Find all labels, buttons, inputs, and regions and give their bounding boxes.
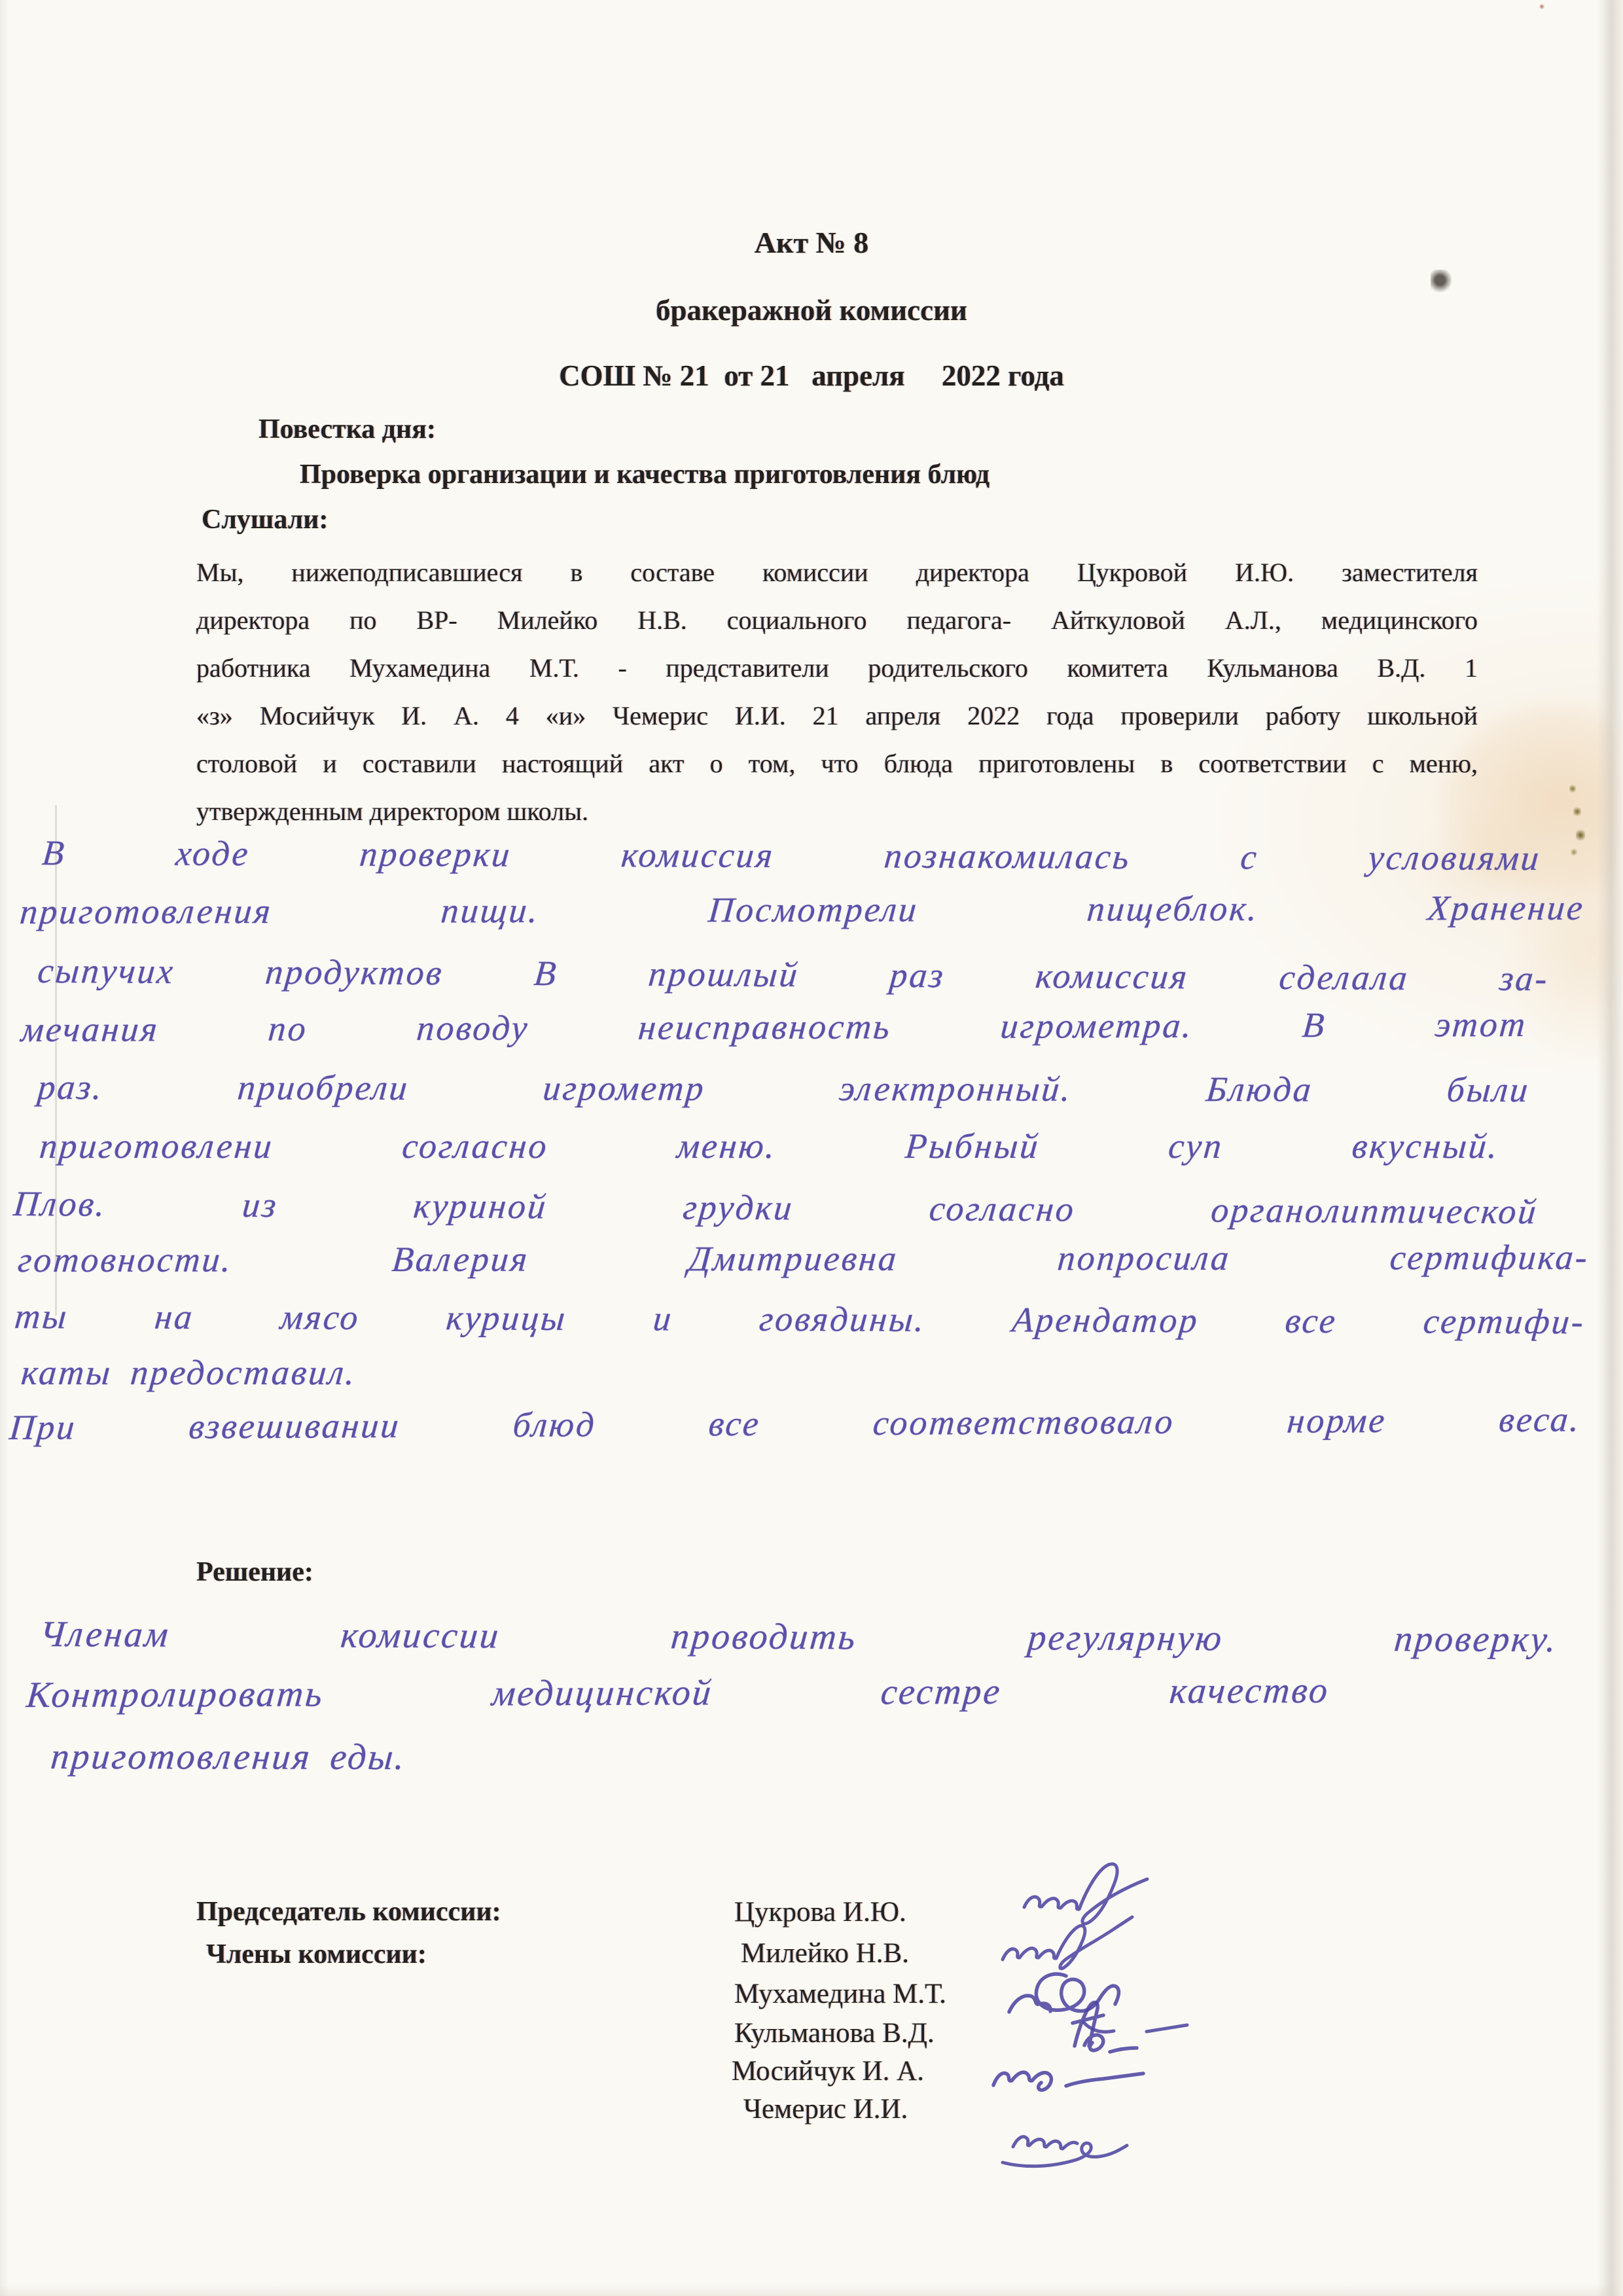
handwritten-line: сыпучих продуктов В прошлый раз комиссия…: [36, 950, 1551, 999]
handwritten-line: готовности. Валерия Дмитриевна попросила…: [16, 1237, 1591, 1280]
handwritten-line: При взвешивании блюд все соответствовало…: [8, 1399, 1582, 1448]
handwritten-line: приготовлени согласно меню. Рыбный суп в…: [38, 1126, 1501, 1166]
signer-name: Милейко Н.В.: [741, 1937, 909, 1969]
handwritten-line: приготовления пищи. Посмотрели пищеблок.…: [18, 888, 1586, 932]
chair-label: Председатель комиссии:: [196, 1896, 501, 1928]
signer-name: Кульманова В.Д.: [734, 2017, 935, 2049]
handwritten-line: ты на мясо курицы и говядины. Арендатор …: [13, 1296, 1587, 1342]
signature-mileiko: [1003, 1917, 1132, 1969]
heard-paragraph: Мы, нижеподписавшиеся в составе комиссии…: [196, 548, 1478, 835]
scanned-document-page: Акт № 8 бракеражной комиссии СОШ № 21 от…: [0, 0, 1623, 2296]
heard-label: Слушали:: [202, 504, 328, 535]
paragraph-line: «з» Мосийчук И. А. 4 «и» Чемерис И.И. 21…: [196, 692, 1478, 740]
decision-label: Решение:: [196, 1556, 313, 1588]
dirt-streak-dot-2: [1573, 806, 1581, 817]
signer-name: Мухамедина М.Т.: [734, 1978, 946, 2010]
document-subtitle: бракеражной комиссии: [0, 293, 1623, 327]
document-title: Акт № 8: [0, 225, 1623, 260]
paragraph-line: работника Мухамедина М.Т. - представител…: [196, 644, 1478, 692]
signature-chemeris: [1003, 2137, 1127, 2166]
corner-speck: [1539, 4, 1544, 9]
handwritten-line: раз. приобрели игрометр электронный. Блю…: [36, 1067, 1531, 1110]
paragraph-line: Мы, нижеподписавшиеся в составе комиссии…: [196, 548, 1478, 596]
agenda-label: Повестка дня:: [259, 414, 436, 445]
dirt-streak-dot-3: [1576, 829, 1585, 842]
signature-kulmanova: [1073, 2002, 1187, 2052]
page-edge-strip: [1597, 0, 1623, 2296]
dirt-streak-dot-4: [1571, 848, 1577, 856]
signer-name: Мосийчук И. А.: [732, 2055, 924, 2087]
paragraph-line: утвержденным директором школы.: [196, 787, 1478, 835]
handwritten-line: мечания по поводу неисправность игрометр…: [20, 1004, 1529, 1050]
signature-mukhamedina: [1009, 1974, 1118, 2032]
decision-line: Контролировать медицинской сестре качест…: [25, 1670, 1331, 1716]
handwritten-line: В ходе проверки комиссия познакомилась с…: [41, 833, 1543, 878]
handwritten-line: каты предоставил.: [20, 1352, 358, 1393]
signatures-ink: [929, 1840, 1270, 2194]
members-label: Члены комиссии:: [206, 1939, 427, 1970]
decision-line: Членам комиссии проводить регулярную про…: [38, 1613, 1560, 1660]
paragraph-line: столовой и составили настоящий акт о том…: [196, 740, 1478, 787]
decision-line: приготовления еды.: [49, 1736, 408, 1778]
signer-name: Чемерис И.И.: [743, 2093, 908, 2125]
ink-speck: [1431, 270, 1452, 293]
agenda-item: Проверка организации и качества приготов…: [300, 459, 990, 490]
dirt-streak-dot-1: [1569, 784, 1576, 793]
signature-tsukrova: [1024, 1864, 1147, 1924]
document-school-date-line: СОШ № 21 от 21 апреля 2022 года: [0, 359, 1623, 393]
signature-mosiychuk: [993, 2072, 1143, 2090]
handwritten-line: Плов. из куриной грудки согласно органол…: [12, 1183, 1540, 1232]
paragraph-line: директора по ВР- Милейко Н.В. социальног…: [196, 596, 1478, 644]
signer-name: Цукрова И.Ю.: [734, 1896, 906, 1928]
